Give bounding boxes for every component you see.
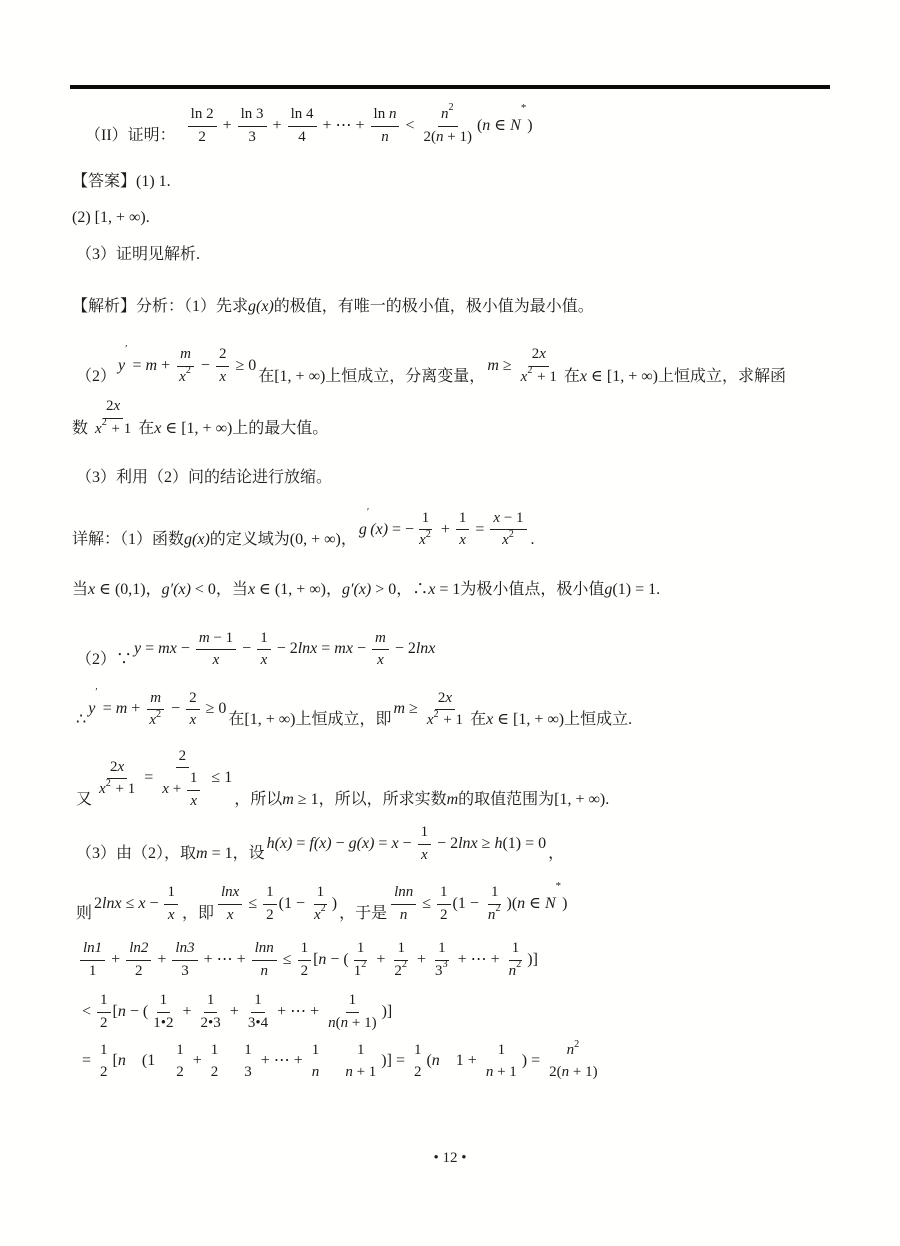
solution-part2-line2: ∴y′ = m + mx2 − 2x ≥ 0在[1, + ∞)上恒成立，即m ≥… <box>76 689 830 731</box>
math-formula: y = mx − m − 1x − 1x − 2lnx = mx − mx − … <box>134 629 435 671</box>
page-number: • 12 • <box>0 1150 900 1167</box>
solution-part3-line3: ln11 + ln22 + ln33 + ⋯ + lnnn ≤ 12[n − (… <box>76 939 830 981</box>
math-formula: lnxx ≤ 12(1 − 1x2) <box>216 883 337 925</box>
math-formula: y′ = m + mx2 − 2x ≥ 0 <box>88 689 226 731</box>
solution-part2-line3: 又2xx2 + 1 = 2x + 1x ≤ 1，所以m ≥ 1，所以，所求实数m… <box>76 747 830 812</box>
problem-statement: （II）证明： ln 22 + ln 33 + ln 44 + ⋯ + ln n… <box>85 105 830 147</box>
header-rule <box>70 85 830 89</box>
analysis-part2: （2）y′ = m + mx2 − 2x ≥ 0在[1, + ∞)上恒成立，分离… <box>76 345 830 387</box>
solution-part3-line1: （3）由（2），取m = 1，设h(x) = f(x) − g(x) = x −… <box>76 823 830 865</box>
answer-part3: （3）证明见解析. <box>76 244 830 266</box>
solution-part1: 详解：（1）函数g(x)的定义域为(0, + ∞)，g′(x) = −1x2 +… <box>72 509 830 551</box>
analysis-part3: （3）利用（2）问的结论进行放缩。 <box>76 467 830 489</box>
solution-part2-line1: （2）∵y = mx − m − 1x − 1x − 2lnx = mx − m… <box>76 629 830 671</box>
math-formula: ln 22 + ln 33 + ln 44 + ⋯ + ln nn < n22(… <box>186 105 533 147</box>
math-formula: h(x) = f(x) − g(x) = x − 1x − 2lnx ≥ h(1… <box>267 823 547 865</box>
math-formula: 2lnx ≤ x − 1x <box>94 883 180 925</box>
solution-part1-cont: 当x ∈ (0,1)，g′(x) < 0，当x ∈ (1, + ∞)，g′(x)… <box>72 579 830 601</box>
document-page: （II）证明： ln 22 + ln 33 + ln 44 + ⋯ + ln n… <box>0 0 900 1246</box>
analysis-part2-cont: 数2xx2 + 1在x ∈ [1, + ∞)上的最大值。 <box>72 397 830 439</box>
math-formula: g′(x) = −1x2 + 1x = x − 1x2 <box>359 509 529 551</box>
math-formula: 2xx2 + 1 <box>90 397 136 439</box>
math-formula: 2xx2 + 1 = 2x + 1x ≤ 1 <box>94 747 232 812</box>
math-formula: = 12[n (1 12 + 12 13 + ⋯ + 1n 1n + 1)] =… <box>82 1041 603 1082</box>
math-formula: < 12[n − (11•2 + 12•3 + 13•4 + ⋯ + 1n(n … <box>82 991 392 1033</box>
analysis-part1: 【解析】分析：（1）先求g(x)的极值，有唯一的极小值，极小值为最小值。 <box>72 296 830 318</box>
math-formula: y′ = m + mx2 − 2x ≥ 0 <box>118 345 256 387</box>
math-formula: ln11 + ln22 + ln33 + ⋯ + lnnn ≤ 12[n − (… <box>78 939 538 981</box>
math-formula: lnnn ≤ 12(1 − 1n2)(n ∈ N*) <box>389 883 567 925</box>
answer-part1: 【答案】(1) 1. <box>72 171 830 193</box>
solution-part3-line4: < 12[n − (11•2 + 12•3 + 13•4 + ⋯ + 1n(n … <box>80 991 830 1033</box>
math-formula: m ≥ 2xx2 + 1 <box>487 345 562 387</box>
answer-part2: (2) [1, + ∞). <box>72 207 830 229</box>
document-content: （II）证明： ln 22 + ln 33 + ln 44 + ⋯ + ln n… <box>70 105 830 1082</box>
solution-part3-line2: 则2lnx ≤ x − 1x，即lnxx ≤ 12(1 − 1x2)，于是lnn… <box>76 883 830 925</box>
solution-part3-line5: = 12[n (1 12 + 12 13 + ⋯ + 1n 1n + 1)] =… <box>80 1041 830 1082</box>
math-formula: m ≥ 2xx2 + 1 <box>393 689 468 731</box>
